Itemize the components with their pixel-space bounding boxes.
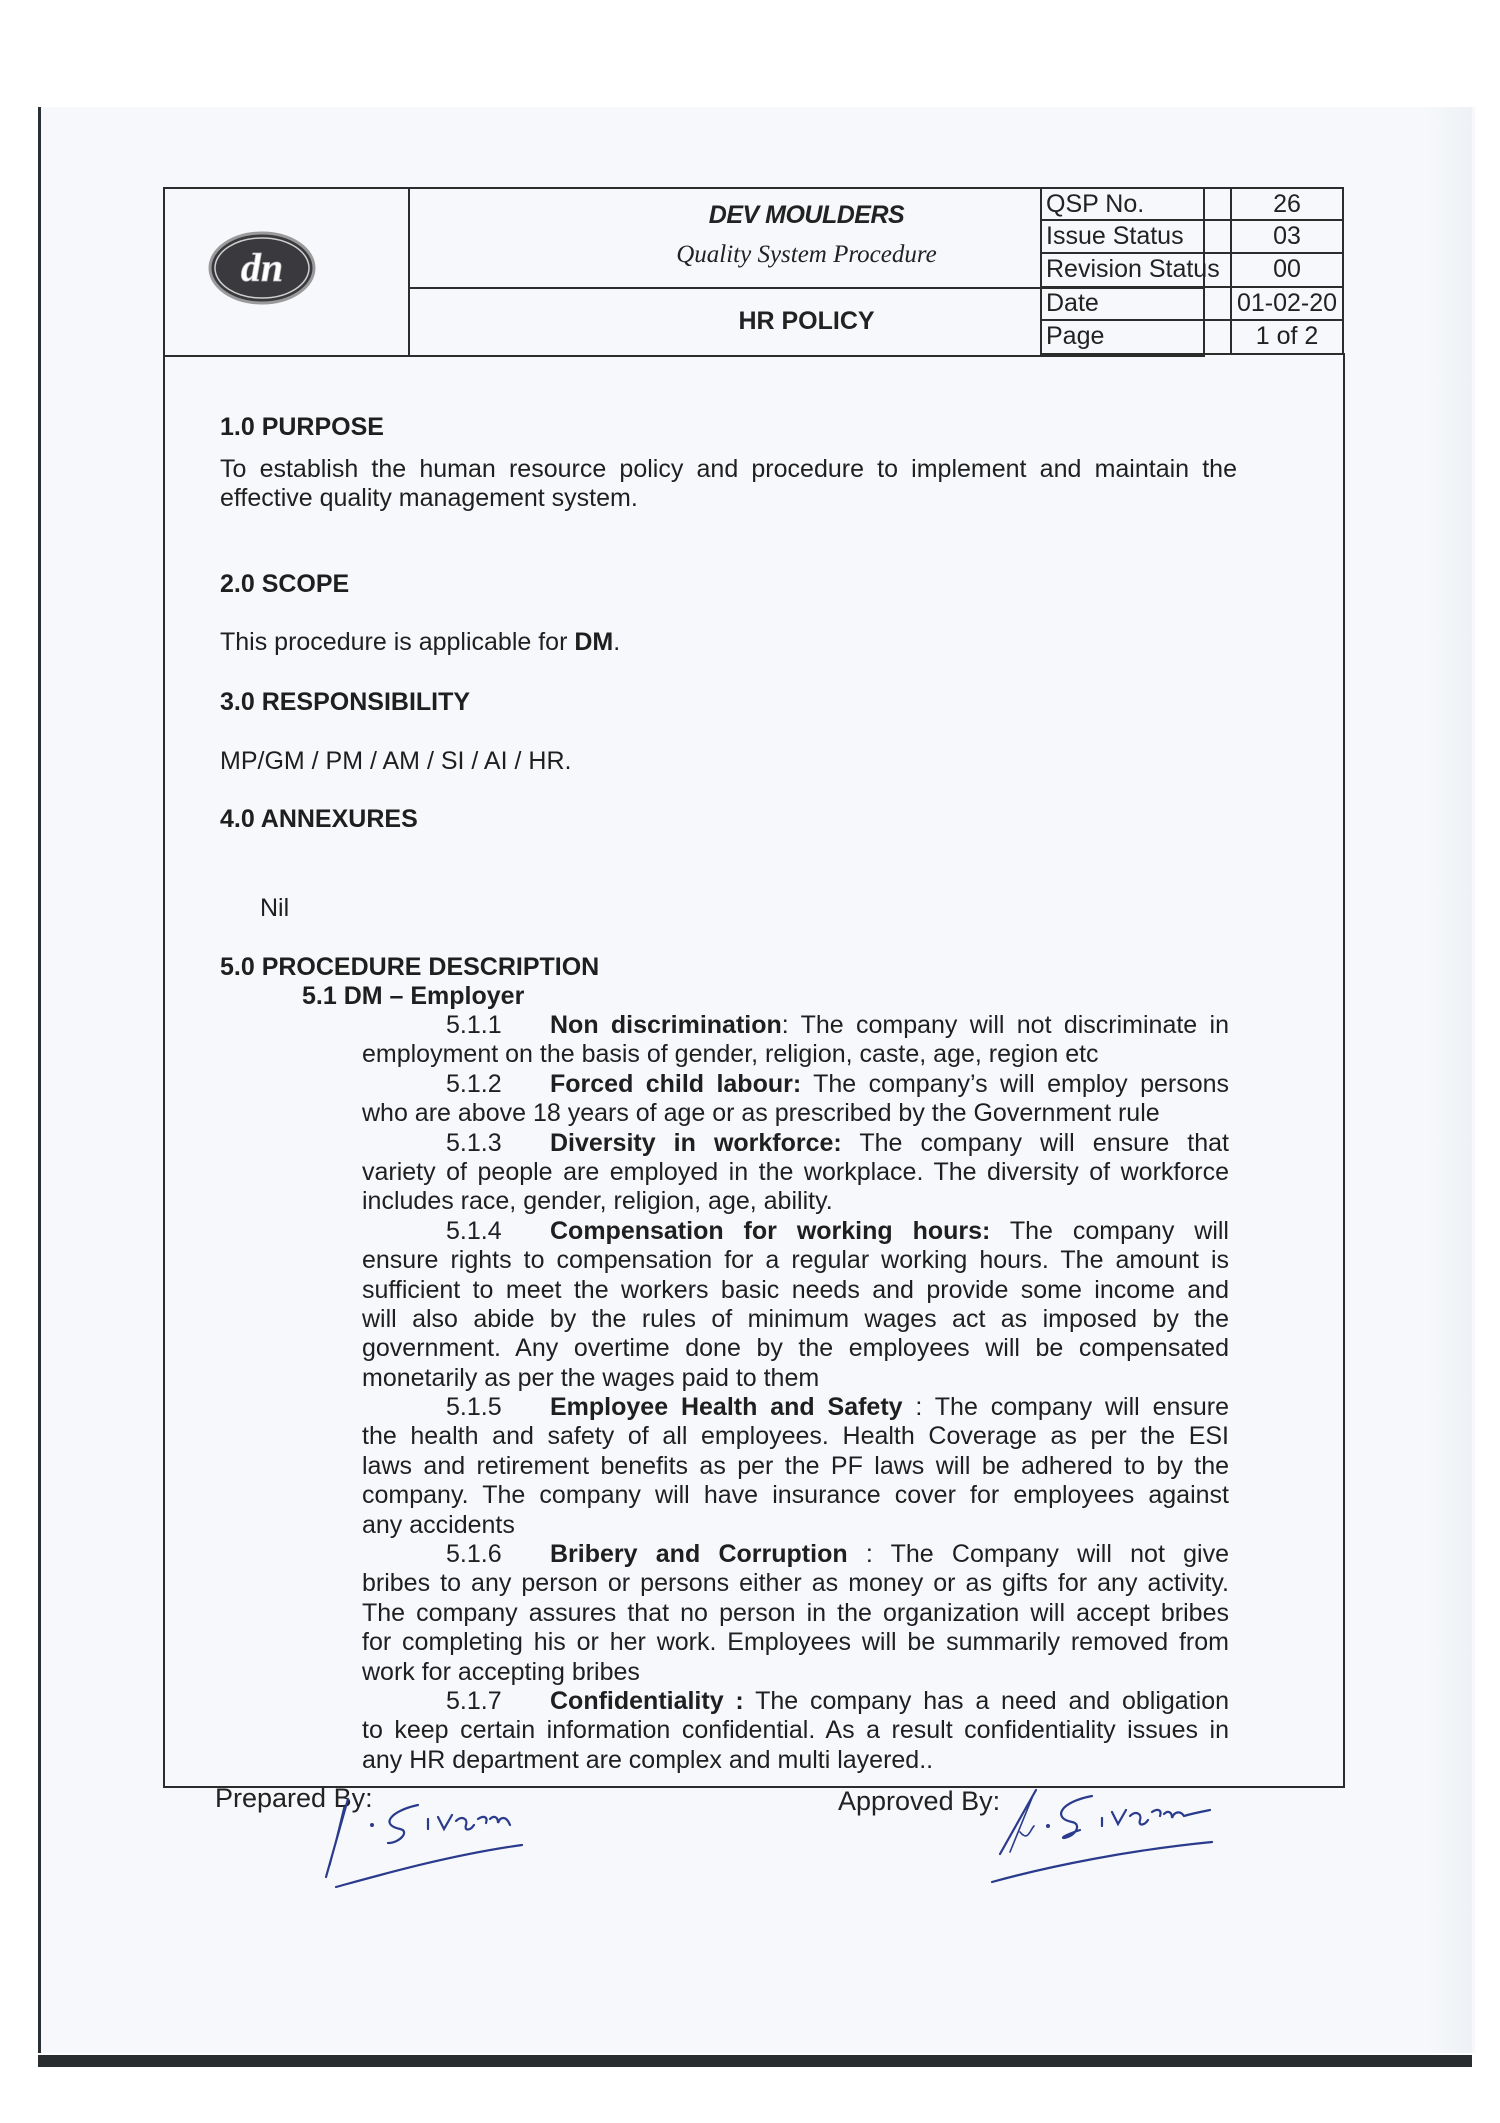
- scanner-edge: [38, 2055, 1472, 2067]
- text-line: To establish the human resource policy a…: [220, 455, 1237, 484]
- text-line: ensure rights to compensation for a regu…: [362, 1246, 1229, 1275]
- meta-value: 01-02-20: [1230, 286, 1344, 322]
- item-number: 5.1.3: [446, 1129, 550, 1158]
- scope-text: This procedure is applicable for DM.: [220, 628, 620, 658]
- item-title: Confidentiality :: [550, 1687, 744, 1715]
- text-line: effective quality management system.: [220, 484, 1237, 513]
- scope-text-prefix: This procedure is applicable for: [220, 628, 574, 656]
- meta-value: 03: [1230, 219, 1344, 255]
- item-number: 5.1.5: [446, 1393, 550, 1422]
- section-heading-responsibility: 3.0 RESPONSIBILITY: [220, 688, 470, 718]
- item-text: The company has a need and obligation: [755, 1687, 1229, 1715]
- text-line: government. Any overtime done by the emp…: [362, 1334, 1229, 1363]
- meta-label: Issue Status: [1040, 219, 1232, 255]
- prepared-signature-icon: [300, 1785, 580, 1895]
- item-text: The company’s will employ persons: [813, 1070, 1229, 1098]
- meta-label: Revision Status: [1040, 252, 1232, 288]
- procedure-item-5-1-1: 5.1.1Non discrimination: The company wil…: [362, 1011, 1229, 1040]
- text-line: The company assures that no person in th…: [362, 1599, 1229, 1628]
- procedure-item-5-1-2: 5.1.2Forced child labour: The company’s …: [362, 1070, 1229, 1099]
- meta-label: Date: [1040, 286, 1232, 322]
- meta-row-issue: Issue Status 03: [1040, 221, 1344, 255]
- meta-value: 26: [1230, 187, 1344, 221]
- item-text: The company will ensure: [935, 1393, 1229, 1421]
- text-line: laws and retirement benefits as per the …: [362, 1452, 1229, 1481]
- scope-text-suffix: .: [613, 628, 620, 656]
- purpose-text: To establish the human resource policy a…: [220, 455, 1237, 514]
- item-separator: [842, 1129, 860, 1157]
- page-edge-shade: [1426, 107, 1472, 2053]
- section-heading-procedure: 5.0 PROCEDURE DESCRIPTION: [220, 953, 599, 983]
- approved-by-label: Approved By:: [838, 1786, 1000, 1817]
- item-text: The company will: [1010, 1217, 1229, 1245]
- scope-entity: DM: [574, 628, 613, 656]
- item-number: 5.1.7: [446, 1687, 550, 1716]
- section-heading-annexures: 4.0 ANNEXURES: [220, 805, 418, 835]
- procedure-item-5-1-3: 5.1.3Diversity in workforce: The company…: [362, 1129, 1229, 1158]
- text-line: includes race, gender, religion, age, ab…: [362, 1187, 1229, 1216]
- svg-text:dn: dn: [241, 245, 283, 290]
- meta-row-qsp: QSP No. 26: [1040, 187, 1344, 221]
- annexures-text: Nil: [260, 894, 289, 924]
- section-heading-scope: 2.0 SCOPE: [220, 570, 349, 600]
- item-number: 5.1.6: [446, 1540, 550, 1569]
- text-line: variety of people are employed in the wo…: [362, 1158, 1229, 1187]
- item-number: 5.1.2: [446, 1070, 550, 1099]
- meta-label: Page: [1040, 319, 1232, 355]
- item-title: Forced child labour:: [550, 1070, 801, 1098]
- meta-row-revision: Revision Status 00: [1040, 254, 1344, 288]
- text-line: sufficient to meet the workers basic nee…: [362, 1276, 1229, 1305]
- text-line: will also abide by the rules of minimum …: [362, 1305, 1229, 1334]
- meta-row-page: Page 1 of 2: [1040, 321, 1344, 355]
- meta-label: QSP No.: [1040, 187, 1232, 221]
- text-line: work for accepting bribes: [362, 1658, 1229, 1687]
- meta-value: 00: [1230, 252, 1344, 288]
- item-number: 5.1.4: [446, 1217, 550, 1246]
- text-line: bribes to any person or persons either a…: [362, 1569, 1229, 1598]
- meta-value: 1 of 2: [1230, 319, 1344, 355]
- procedure-item-5-1-4: 5.1.4Compensation for working hours: The…: [362, 1217, 1229, 1246]
- text-line: any HR department are complex and multi …: [362, 1746, 1229, 1775]
- procedure-item-5-1-7: 5.1.7Confidentiality : The company has a…: [362, 1687, 1229, 1716]
- item-title: Employee Health and Safety: [550, 1393, 903, 1421]
- text-line: any accidents: [362, 1511, 1229, 1540]
- meta-row-date: Date 01-02-20: [1040, 288, 1344, 322]
- item-separator: :: [848, 1540, 891, 1568]
- logo-cell: dn: [163, 187, 410, 357]
- item-title: Diversity in workforce:: [550, 1129, 842, 1157]
- item-text: The company will not discriminate in: [801, 1011, 1229, 1039]
- text-line: for completing his or her work. Employee…: [362, 1628, 1229, 1657]
- text-line: company. The company will have insurance…: [362, 1481, 1229, 1510]
- item-separator: [990, 1217, 1010, 1245]
- item-text: The Company will not give: [891, 1540, 1229, 1568]
- item-separator: [744, 1687, 755, 1715]
- item-separator: :: [782, 1011, 801, 1039]
- item-text: The company will ensure that: [859, 1129, 1229, 1157]
- item-title: Compensation for working hours:: [550, 1217, 990, 1245]
- procedure-item-5-1-5: 5.1.5Employee Health and Safety : The co…: [362, 1393, 1229, 1422]
- subsection-heading-employer: 5.1 DM – Employer: [302, 982, 524, 1012]
- procedure-items: 5.1.1Non discrimination: The company wil…: [362, 1011, 1229, 1775]
- item-title: Bribery and Corruption: [550, 1540, 848, 1568]
- procedure-item-5-1-6: 5.1.6Bribery and Corruption : The Compan…: [362, 1540, 1229, 1569]
- item-number: 5.1.1: [446, 1011, 550, 1040]
- section-heading-purpose: 1.0 PURPOSE: [220, 413, 384, 443]
- item-title: Non discrimination: [550, 1011, 782, 1039]
- company-logo-icon: dn: [207, 229, 317, 307]
- responsibility-text: MP/GM / PM / AM / SI / AI / HR.: [220, 747, 571, 777]
- text-line: the health and safety of all employees. …: [362, 1422, 1229, 1451]
- text-line: to keep certain information confidential…: [362, 1716, 1229, 1745]
- item-separator: :: [903, 1393, 935, 1421]
- text-line: who are above 18 years of age or as pres…: [362, 1099, 1229, 1128]
- document-control-table: QSP No. 26 Issue Status 03 Revision Stat…: [1040, 187, 1344, 355]
- text-line: monetarily as per the wages paid to them: [362, 1364, 1229, 1393]
- text-line: employment on the basis of gender, relig…: [362, 1040, 1229, 1069]
- item-separator: [801, 1070, 813, 1098]
- approved-signature-icon: [990, 1782, 1270, 1892]
